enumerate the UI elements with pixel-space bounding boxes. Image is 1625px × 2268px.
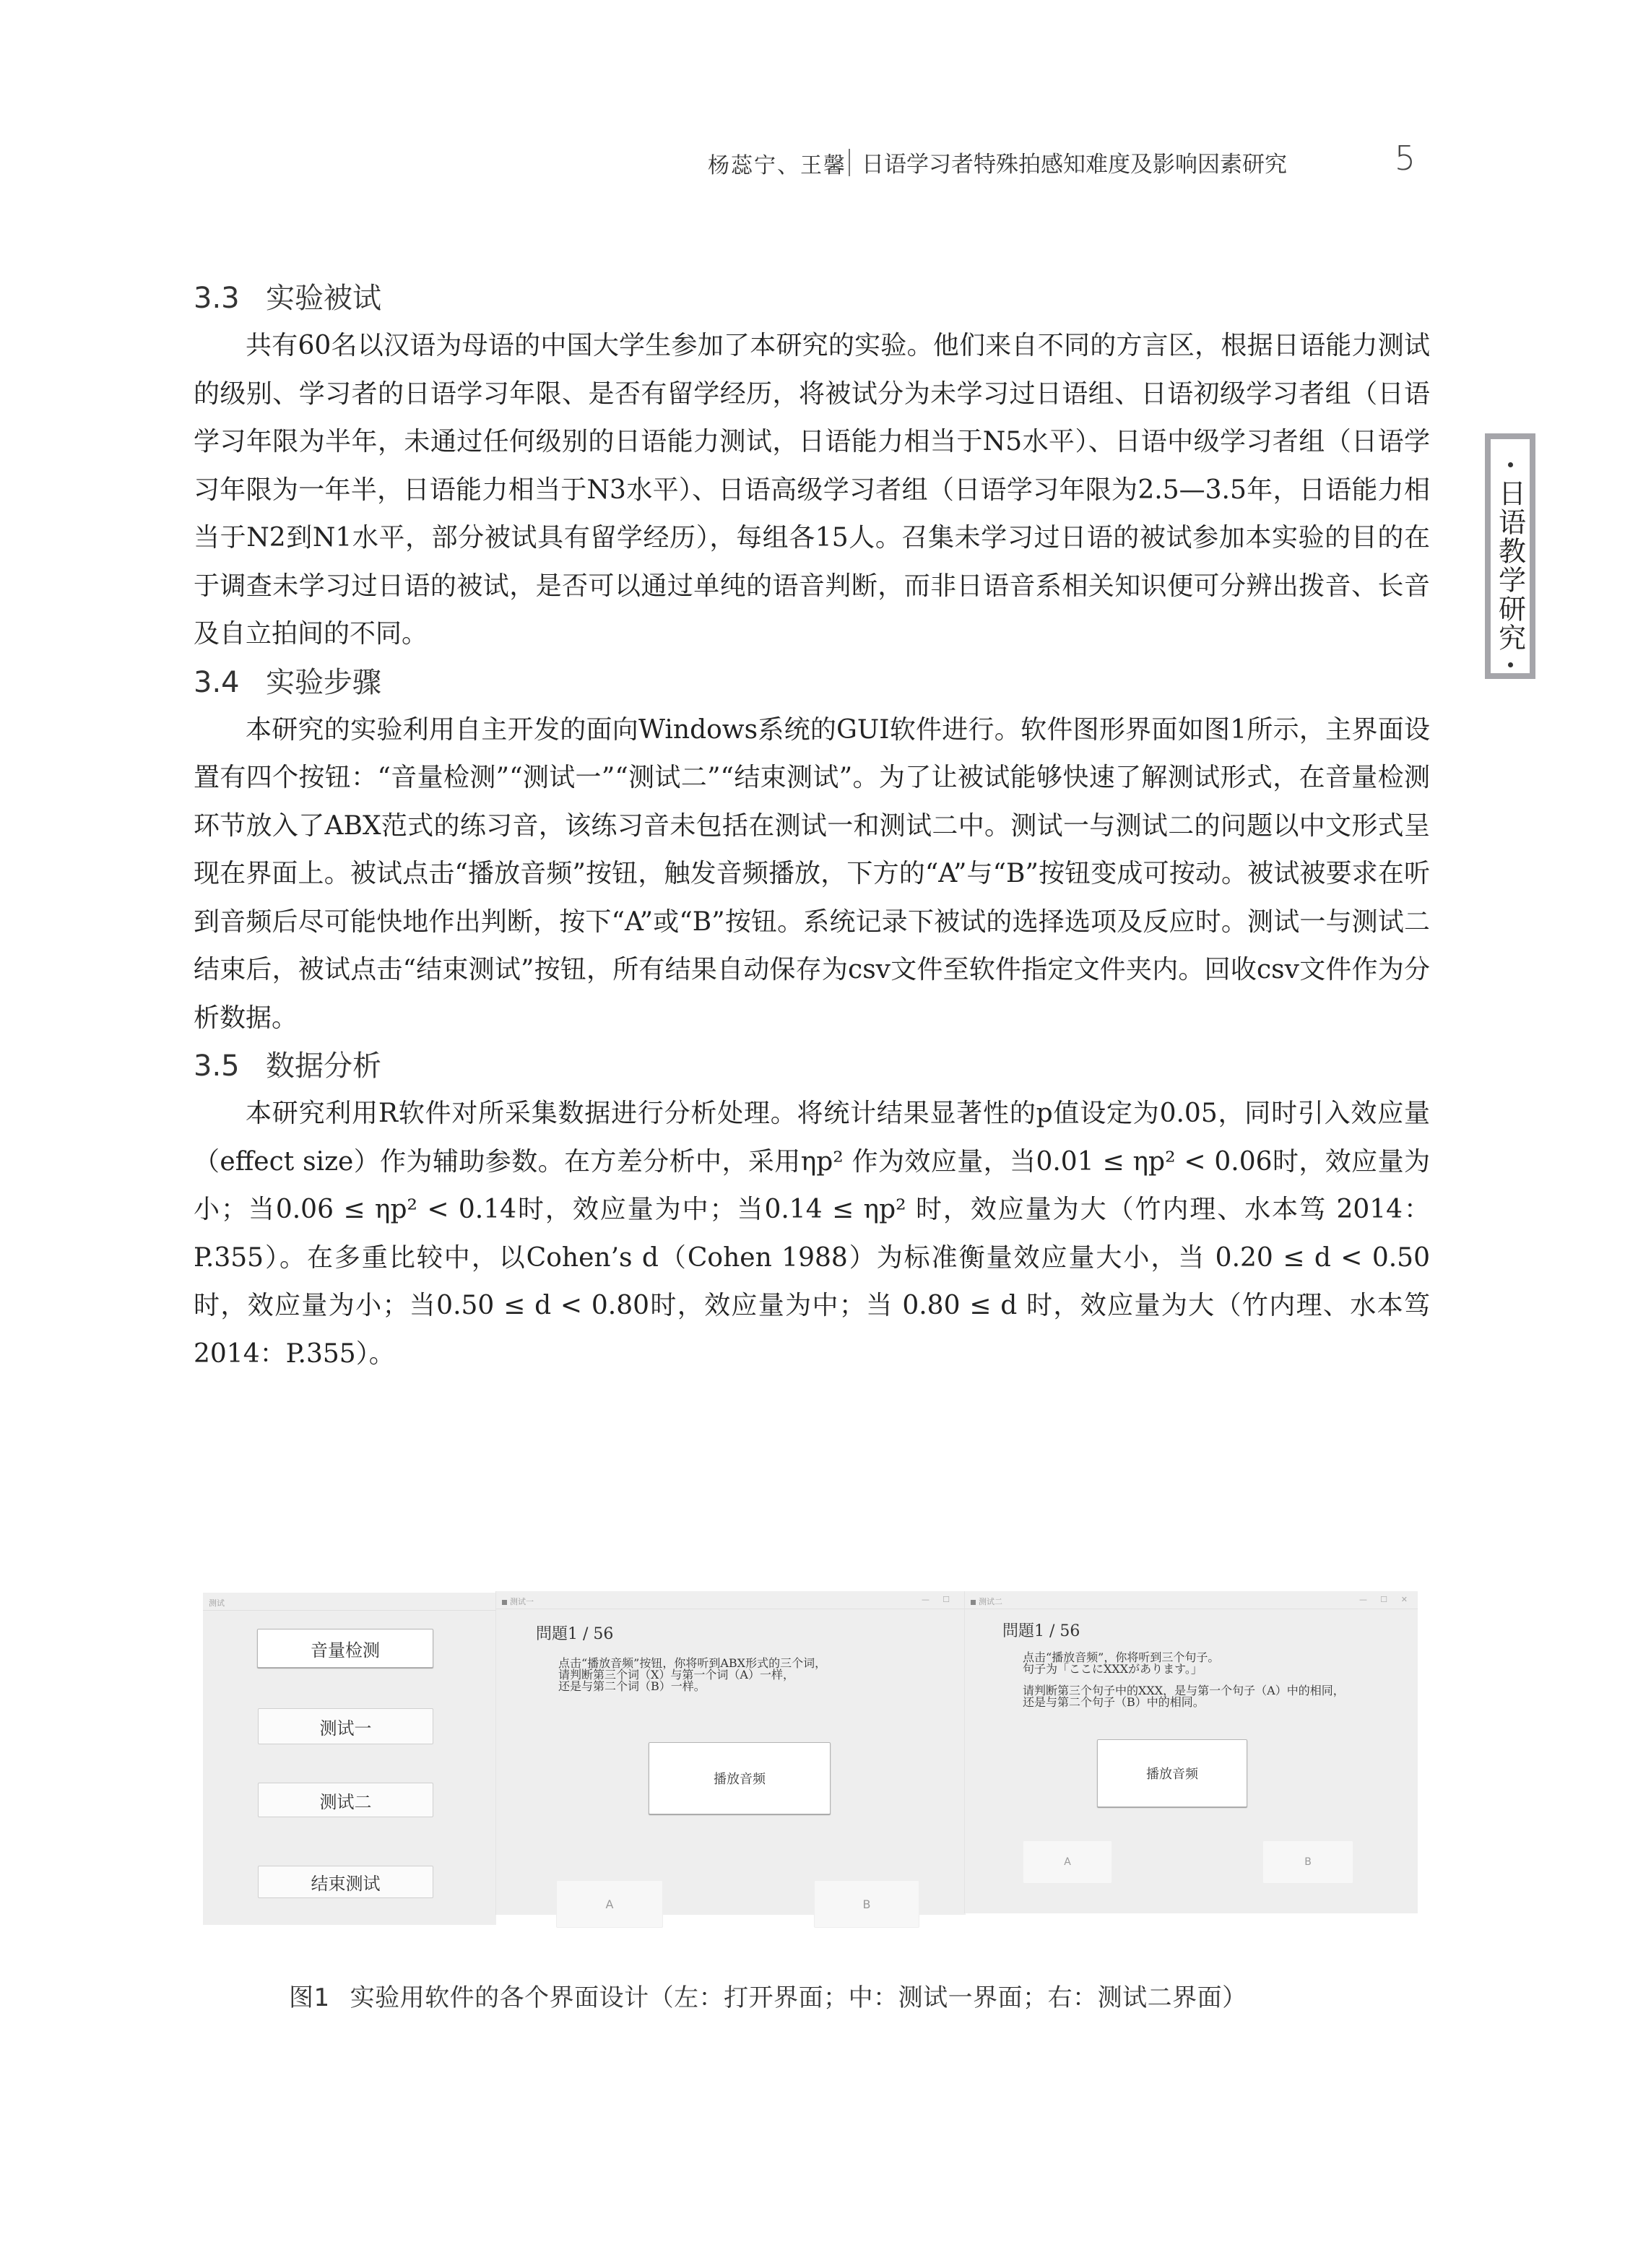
volume-check-button[interactable]: 音量检测 bbox=[257, 1629, 433, 1668]
title-bar: 测试一 — ☐ ✕ bbox=[496, 1591, 966, 1609]
running-header: 杨蕊宁、王馨 日语学习者特殊拍感知难度及影响因素研究 5 bbox=[708, 142, 1430, 185]
question-instruction: 点击“播放音频”按钮，你将听到ABX形式的三个词， 请判断第三个词（X）与第一个… bbox=[558, 1658, 826, 1692]
window-title: 测试 bbox=[209, 1597, 225, 1609]
question-counter: 問題1 / 56 bbox=[536, 1622, 613, 1644]
section-title: 实验步骤 bbox=[266, 666, 381, 699]
header-separator bbox=[849, 149, 850, 176]
section-number: 3.3 bbox=[194, 274, 266, 322]
section-number: 3.5 bbox=[194, 1042, 266, 1090]
section-paragraph: 共有60名以汉语为母语的中国大学生参加了本研究的实验。他们来自不同的方言区，根据… bbox=[194, 322, 1430, 659]
test-two-button[interactable]: 测试二 bbox=[258, 1783, 433, 1817]
maximize-icon[interactable]: ☐ bbox=[1380, 1595, 1387, 1604]
figure-caption-text: 实验用软件的各个界面设计（左：打开界面；中：测试一界面；右：测试二界面） bbox=[350, 1983, 1247, 2012]
section-paragraph: 本研究的实验利用自主开发的面向Windows系统的GUI软件进行。软件图形界面如… bbox=[194, 706, 1430, 1043]
option-a-button[interactable]: A bbox=[1023, 1840, 1112, 1884]
section-heading: 3.4实验步骤 bbox=[194, 659, 1430, 706]
section-heading: 3.3实验被试 bbox=[194, 274, 1430, 322]
page-number: 5 bbox=[1395, 139, 1416, 178]
option-b-button[interactable]: B bbox=[1262, 1840, 1353, 1884]
header-authors: 杨蕊宁、王馨 bbox=[708, 147, 846, 179]
figure-number: 图1 bbox=[289, 1983, 330, 2012]
test-one-button[interactable]: 测试一 bbox=[258, 1708, 433, 1744]
article-body: 3.3实验被试 共有60名以汉语为母语的中国大学生参加了本研究的实验。他们来自不… bbox=[194, 274, 1430, 1378]
journal-side-tab: 日语教学研究 bbox=[1485, 433, 1535, 679]
window-title: 测试二 bbox=[971, 1596, 1002, 1607]
window-title-text: 测试一 bbox=[510, 1597, 534, 1606]
section-title: 实验被试 bbox=[266, 282, 381, 315]
window-main-menu: 测试 音量检测 测试一 测试二 结束测试 bbox=[203, 1593, 496, 1925]
option-a-button[interactable]: A bbox=[556, 1880, 663, 1928]
close-icon[interactable]: ✕ bbox=[1401, 1595, 1408, 1604]
dot-icon bbox=[1508, 462, 1513, 467]
end-test-button[interactable]: 结束测试 bbox=[258, 1866, 433, 1898]
figure-caption: 图1实验用软件的各个界面设计（左：打开界面；中：测试一界面；右：测试二界面） bbox=[289, 1978, 1247, 2013]
minimize-icon[interactable]: — bbox=[922, 1595, 929, 1604]
header-title: 日语学习者特殊拍感知难度及影响因素研究 bbox=[862, 146, 1287, 178]
title-bar: 测试 bbox=[203, 1593, 496, 1611]
window-title-text: 测试二 bbox=[979, 1597, 1002, 1606]
window-test-one: 测试一 — ☐ ✕ 問題1 / 56 点击“播放音频”按钮，你将听到ABX形式的… bbox=[495, 1591, 966, 1915]
side-tab-label: 日语教学研究 bbox=[1491, 479, 1530, 652]
minimize-icon[interactable]: — bbox=[1359, 1595, 1367, 1604]
maximize-icon[interactable]: ☐ bbox=[942, 1595, 950, 1604]
question-instruction-sentence: 点击“播放音频”，你将听到三个句子。 句子为「ここにXXXがあります。」 bbox=[1023, 1652, 1219, 1675]
section-heading: 3.5数据分析 bbox=[194, 1042, 1430, 1090]
app-icon bbox=[971, 1600, 976, 1605]
app-icon bbox=[502, 1600, 507, 1605]
title-bar: 测试二 — ☐ ✕ bbox=[965, 1591, 1418, 1609]
option-b-button[interactable]: B bbox=[814, 1880, 919, 1928]
play-audio-button[interactable]: 播放音频 bbox=[649, 1742, 831, 1814]
section-number: 3.4 bbox=[194, 659, 266, 706]
section-paragraph: 本研究利用R软件对所采集数据进行分析处理。将统计结果显著性的p值设定为0.05，… bbox=[194, 1090, 1430, 1378]
play-audio-button[interactable]: 播放音频 bbox=[1097, 1739, 1247, 1807]
question-instruction-judgement: 请判断第三个句子中的XXX，是与第一个句子（A）中的相同， 还是与第二个句子（B… bbox=[1023, 1685, 1345, 1708]
figure-1: 测试 音量检测 测试一 测试二 结束测试 测试一 — ☐ ✕ 問題1 / 56 … bbox=[203, 1593, 1417, 1925]
dot-icon bbox=[1508, 662, 1513, 667]
window-test-two: 测试二 — ☐ ✕ 問題1 / 56 点击“播放音频”，你将听到三个句子。 句子… bbox=[964, 1591, 1418, 1913]
section-title: 数据分析 bbox=[266, 1049, 381, 1083]
window-title: 测试一 bbox=[502, 1596, 534, 1607]
question-counter: 問題1 / 56 bbox=[1002, 1619, 1080, 1641]
